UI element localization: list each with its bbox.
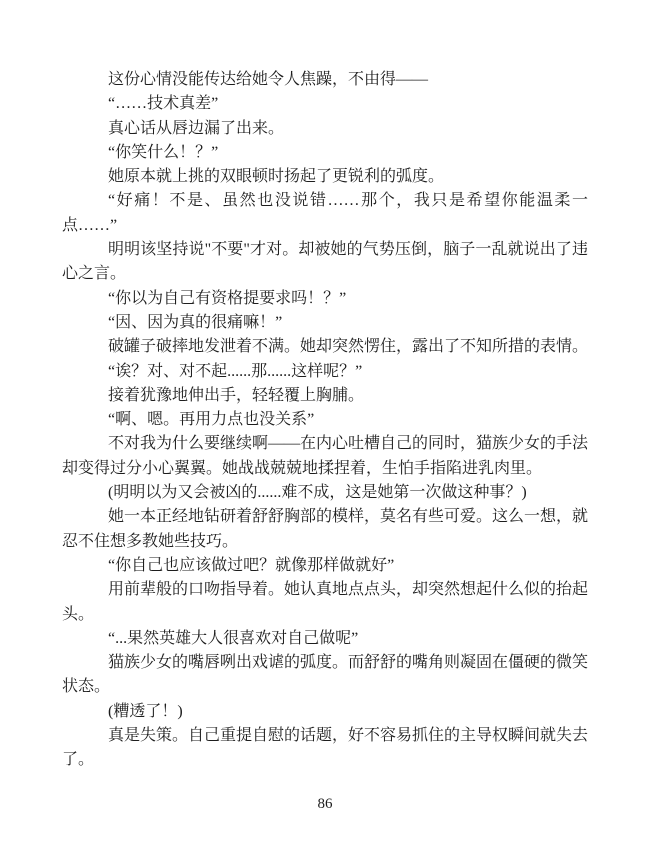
paragraph: 破罐子破摔地发泄着不满。她却突然愣住，露出了不知所措的表情。 — [62, 335, 588, 359]
paragraph: 她一本正经地钻研着舒舒胸部的模样，莫名有些可爱。这么一想，就忍不住想多教她些技巧… — [62, 505, 588, 554]
paragraph: 真是失策。自己重提自慰的话题，好不容易抓住的主导权瞬间就失去了。 — [62, 724, 588, 773]
paragraph: “啊、嗯。再用力点也没关系” — [62, 408, 588, 432]
paragraph: 真心话从唇边漏了出来。 — [62, 117, 588, 141]
page-number: 86 — [0, 796, 650, 813]
paragraph: (明明以为又会被凶的......难不成，这是她第一次做这种事？) — [62, 481, 588, 505]
text-content: 这份心情没能传达给她令人焦躁，不由得—— “……技术真差” 真心话从唇边漏了出来… — [62, 68, 588, 773]
paragraph: “……技术真差” — [62, 92, 588, 116]
book-page: 这份心情没能传达给她令人焦躁，不由得—— “……技术真差” 真心话从唇边漏了出来… — [0, 0, 650, 850]
paragraph: 这份心情没能传达给她令人焦躁，不由得—— — [62, 68, 588, 92]
paragraph: 用前辈般的口吻指导着。她认真地点点头，却突然想起什么似的抬起头。 — [62, 578, 588, 627]
paragraph: 猫族少女的嘴唇咧出戏谑的弧度。而舒舒的嘴角则凝固在僵硬的微笑状态。 — [62, 651, 588, 700]
paragraph: 接着犹豫地伸出手，轻轻覆上胸脯。 — [62, 384, 588, 408]
paragraph: 不对我为什么要继续啊——在内心吐槽自己的同时，猫族少女的手法却变得过分小心翼翼。… — [62, 432, 588, 481]
paragraph: “...果然英雄大人很喜欢对自己做呢” — [62, 627, 588, 651]
paragraph: “你以为自己有资格提要求吗！？” — [62, 287, 588, 311]
paragraph: “诶？对、对不起......那......这样呢？” — [62, 360, 588, 384]
paragraph: 她原本就上挑的双眼顿时扬起了更锐利的弧度。 — [62, 165, 588, 189]
paragraph: 明明该坚持说"不要"才对。却被她的气势压倒，脑子一乱就说出了违心之言。 — [62, 238, 588, 287]
paragraph: “你笑什么！？” — [62, 141, 588, 165]
paragraph: (糟透了！) — [62, 700, 588, 724]
paragraph: “你自己也应该做过吧？就像那样做就好” — [62, 554, 588, 578]
paragraph: “好痛！不是、虽然也没说错……那个，我只是希望你能温柔一点……” — [62, 189, 588, 238]
paragraph: “因、因为真的很痛嘛！” — [62, 311, 588, 335]
